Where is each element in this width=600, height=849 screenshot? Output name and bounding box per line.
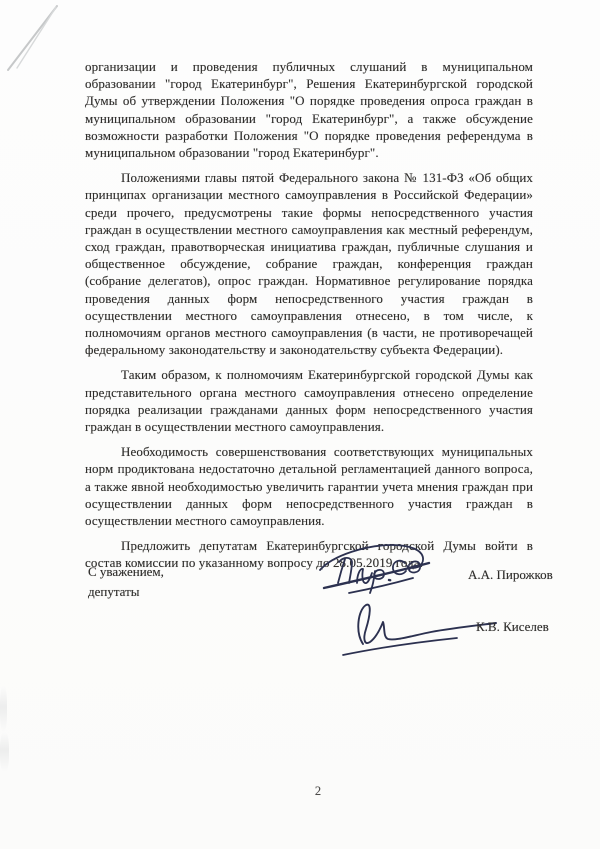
scan-smudge <box>0 732 9 772</box>
paragraph-1: организации и проведения публичных слуша… <box>85 58 533 161</box>
paragraph-4: Необходимость совершенствования соответс… <box>85 443 533 529</box>
closing-deputies-line: депутаты <box>88 582 164 602</box>
page-number: 2 <box>0 784 600 799</box>
closing-block: С уважением, депутаты <box>88 562 164 602</box>
signature-pirozhkov-icon <box>315 542 437 596</box>
scan-smudge <box>0 686 7 732</box>
document-page: организации и проведения публичных слуша… <box>0 0 600 849</box>
closing-respect-line: С уважением, <box>88 562 164 582</box>
paragraph-2: Положениями главы пятой Федерального зак… <box>85 169 533 358</box>
fold-mark <box>0 0 80 90</box>
signatory-name-pirozhkov: А.А. Пирожков <box>468 567 553 583</box>
signatory-name-kiselev: К.В. Киселев <box>476 619 549 635</box>
document-body: организации и проведения публичных слуша… <box>85 58 533 580</box>
paragraph-3: Таким образом, к полномочиям Екатеринбур… <box>85 366 533 435</box>
